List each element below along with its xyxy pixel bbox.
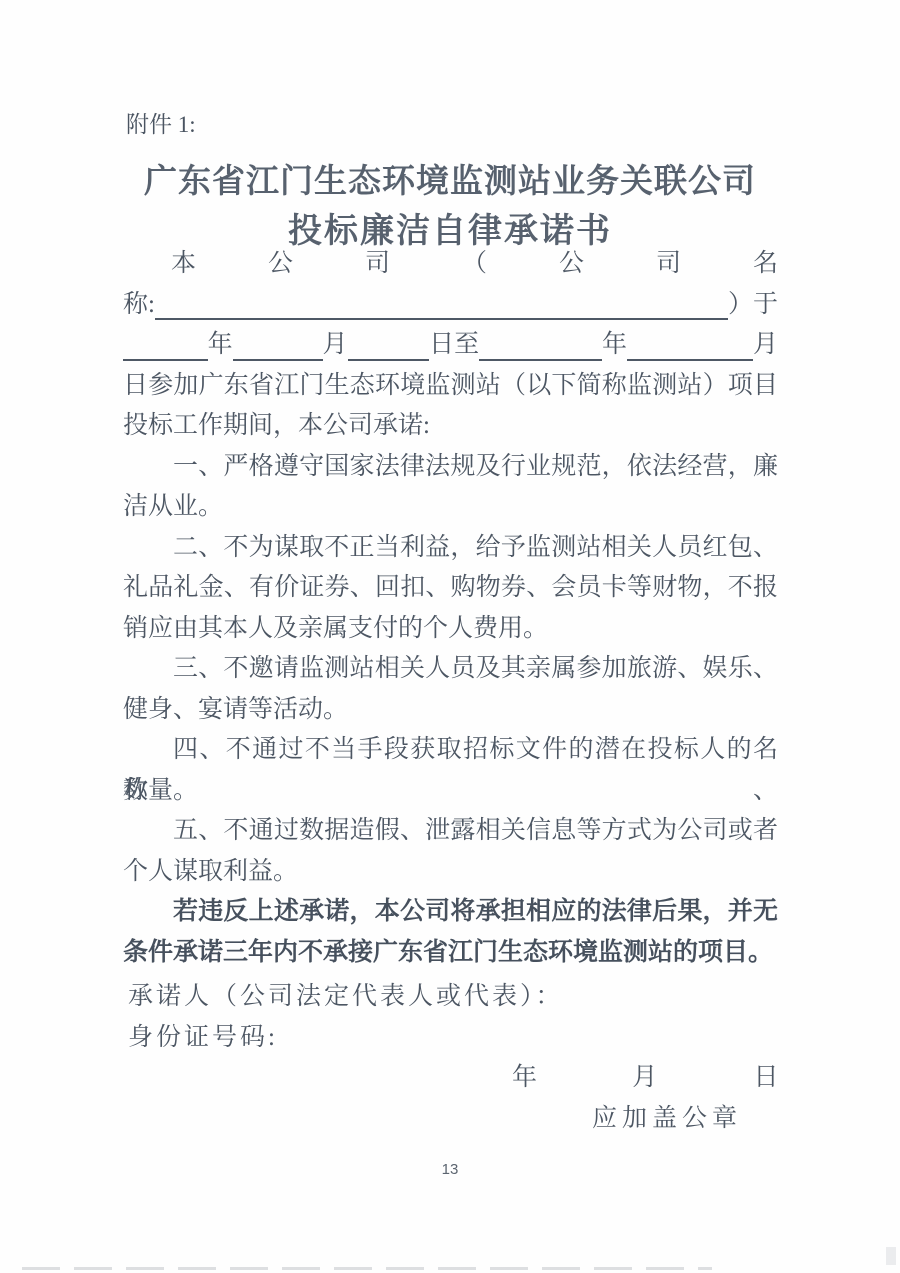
month-blank-field xyxy=(233,325,323,361)
day-blank-field xyxy=(348,325,430,361)
page-number: 13 xyxy=(0,1161,900,1178)
sig-date-year: 年 xyxy=(512,1058,540,1099)
scan-artifact xyxy=(886,1247,896,1265)
company-name-line: 称: ）于 xyxy=(123,285,778,326)
date-label-month-1: 月 xyxy=(323,325,348,366)
start-end-date-line: 年 月 日至 年 月 xyxy=(123,325,778,366)
body-line-opening: 本 公 司 （ 公 司 名 xyxy=(123,244,778,285)
signature-block: 承诺人（公司法定代表人或代表）： 身份证号码: 年 月 日 应加盖公章 xyxy=(128,977,778,1139)
company-name-blank-field xyxy=(155,285,728,321)
date-label-year-1: 年 xyxy=(208,325,233,366)
company-name-prefix: 称: xyxy=(123,285,155,326)
attachment-label: 附件 1: xyxy=(126,110,196,140)
body-line-item-4: 四、不通过不当手段获取招标文件的潜在投标人的名称、 xyxy=(123,730,778,771)
body-line-item-1: 一、严格遵守国家法律法规及行业规范，依法经营，廉 xyxy=(123,447,778,488)
sig-date-month: 月 xyxy=(632,1058,660,1099)
body-line: 健身、宴请等活动。 xyxy=(123,690,778,731)
document-title: 广东省江门生态环境监测站业务关联公司 投标廉洁自律承诺书 xyxy=(0,158,900,256)
body-line-item-5: 五、不通过数据造假、泄露相关信息等方式为公司或者 xyxy=(123,811,778,852)
date-label-day-to: 日至 xyxy=(429,325,479,366)
title-line-1: 广东省江门生态环境监测站业务关联公司 xyxy=(0,158,900,207)
date-label-year-2: 年 xyxy=(602,325,627,366)
body-line: 日参加广东省江门生态环境监测站（以下简称监测站）项目 xyxy=(123,366,778,407)
body-line-item-2: 二、不为谋取不正当利益，给予监测站相关人员红包、 xyxy=(123,528,778,569)
company-name-suffix: ）于 xyxy=(728,285,778,326)
body-line-item-3: 三、不邀请监测站相关人员及其亲属参加旅游、娱乐、 xyxy=(123,649,778,690)
body-line: 个人谋取利益。 xyxy=(123,852,778,893)
date-label-month-2: 月 xyxy=(753,325,778,366)
body-line: 投标工作期间，本公司承诺: xyxy=(123,406,778,447)
body-line: 洁从业。 xyxy=(123,487,778,528)
seal-note: 应加盖公章 xyxy=(592,1105,742,1132)
id-number-line: 身份证号码: xyxy=(128,1018,778,1059)
scan-artifact xyxy=(22,1267,712,1270)
month-blank-field-2 xyxy=(627,325,753,361)
signature-date-line: 年 月 日 xyxy=(128,1058,778,1099)
year-blank-field xyxy=(123,325,208,361)
promisor-line: 承诺人（公司法定代表人或代表）： xyxy=(128,977,778,1018)
body-line-consequence: 条件承诺三年内不承接广东省江门生态环境监测站的项目。 xyxy=(123,933,778,974)
sig-date-day: 日 xyxy=(754,1058,782,1099)
body-line-consequence: 若违反上述承诺，本公司将承担相应的法律后果，并无 xyxy=(123,892,778,933)
body-line: 销应由其本人及亲属支付的个人费用。 xyxy=(123,609,778,650)
document-page: 附件 1: 广东省江门生态环境监测站业务关联公司 投标廉洁自律承诺书 本 公 司… xyxy=(0,0,900,1273)
body-line: 礼品礼金、有价证券、回扣、购物券、会员卡等财物，不报 xyxy=(123,568,778,609)
year-blank-field-2 xyxy=(479,325,602,361)
body-text: 本 公 司 （ 公 司 名 称: ）于 年 月 日至 年 月 日参加广东省江门生… xyxy=(123,244,778,973)
